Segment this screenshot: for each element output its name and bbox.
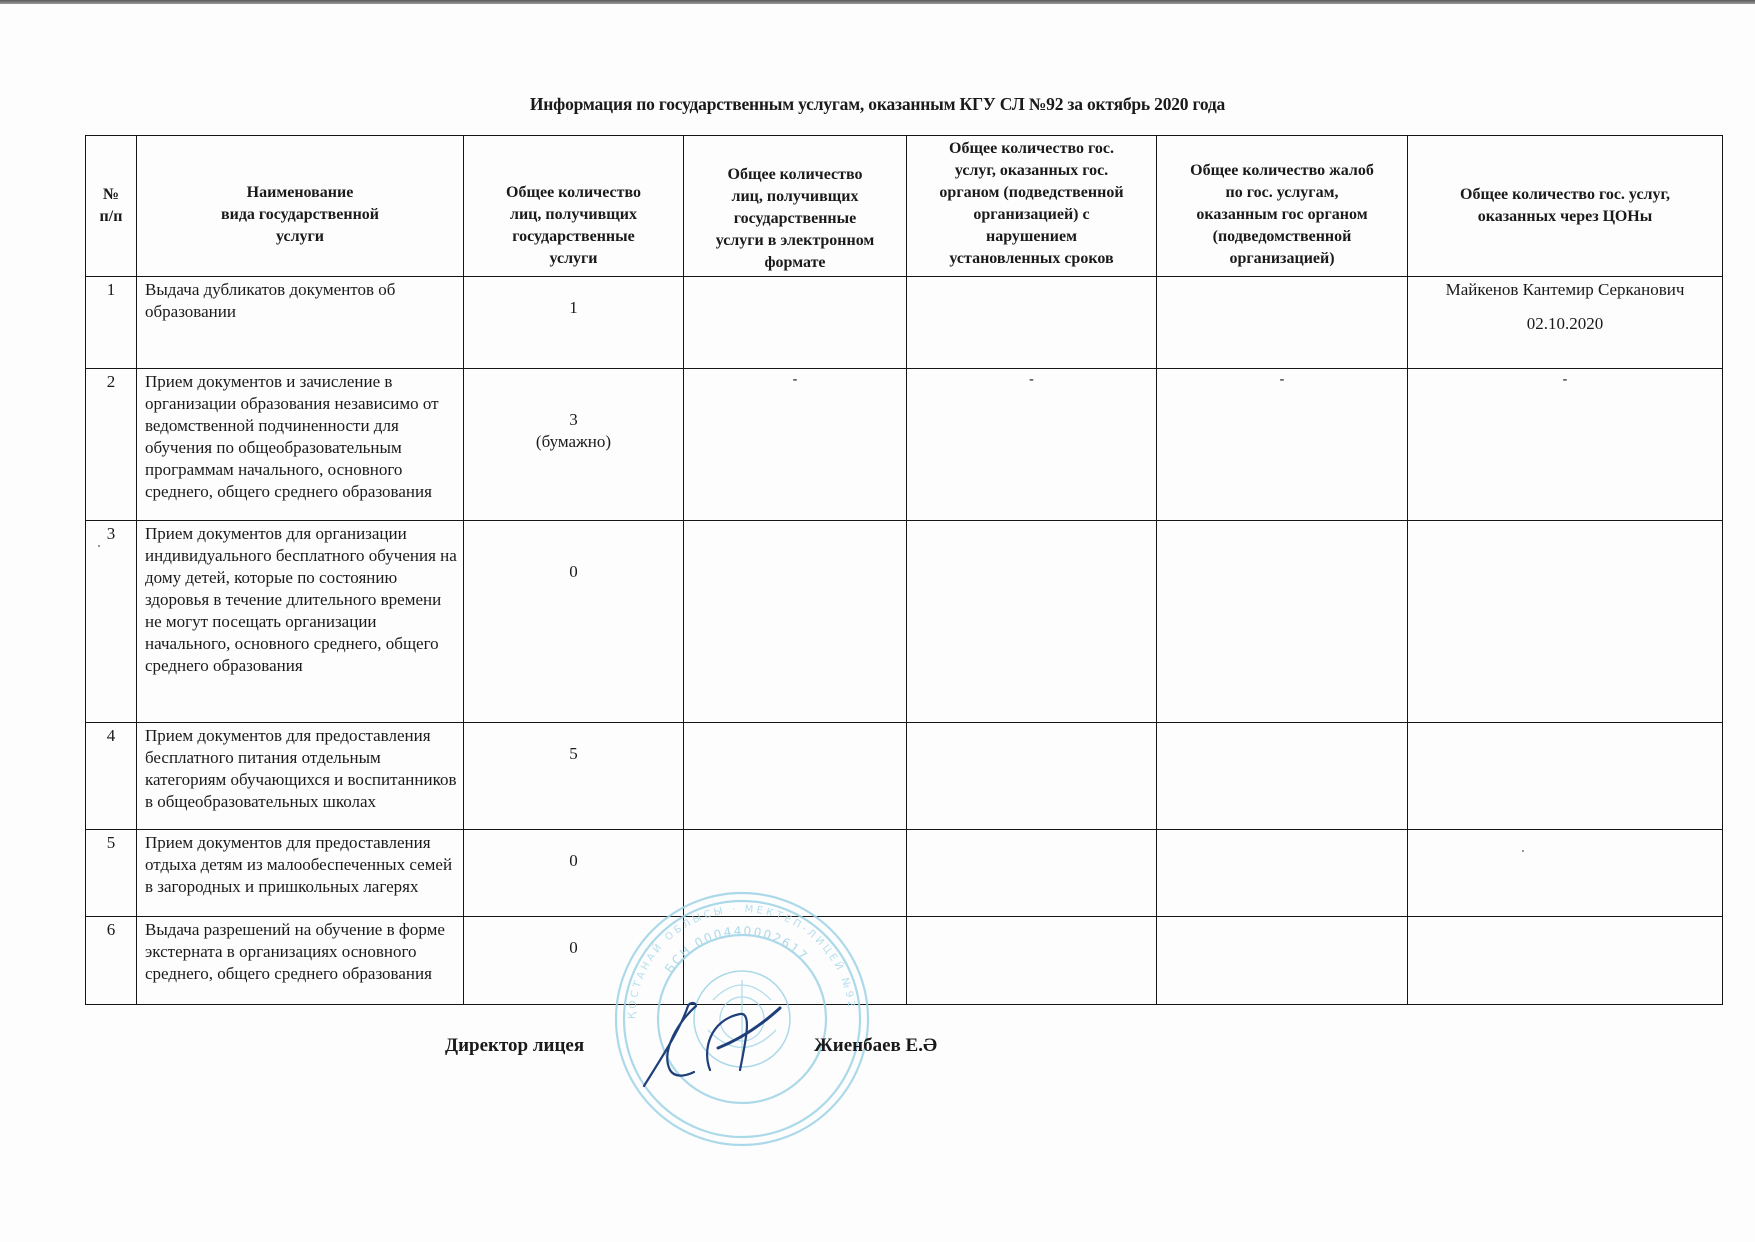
tson-count: Майкенов Кантемир Серканович02.10.2020 <box>1408 277 1723 369</box>
electronic-count <box>684 723 907 830</box>
electronic-count <box>684 830 907 917</box>
scan-speck <box>1522 850 1524 852</box>
total-recipients: 1 <box>464 277 684 369</box>
header-violations: Общее количество гос.услуг, оказанных го… <box>907 136 1157 277</box>
header-row: №п/п Наименованиевида государственнойусл… <box>86 136 1723 277</box>
total-value: 0 <box>464 561 683 583</box>
total-recipients: 3(бумажно) <box>464 369 684 521</box>
services-table: №п/п Наименованиевида государственнойусл… <box>85 135 1723 1005</box>
signature-block: Директор лицея Жиенбаев Е.Ә <box>0 1035 1755 1075</box>
total-recipients: 0 <box>464 830 684 917</box>
violations-count <box>907 277 1157 369</box>
signer-position: Директор лицея <box>445 1035 584 1057</box>
scan-edge <box>0 0 1755 4</box>
table-row: 1Выдача дубликатов документов об образов… <box>86 277 1723 369</box>
service-name: Прием документов и зачисление в организа… <box>137 369 464 521</box>
table-row: 5Прием документов для предоставления отд… <box>86 830 1723 917</box>
table-row: 4Прием документов для предоставления бес… <box>86 723 1723 830</box>
electronic-count <box>684 521 907 723</box>
total-recipients: 0 <box>464 917 684 1005</box>
header-tson: Общее количество гос. услуг,оказанных че… <box>1408 136 1723 277</box>
total-note: (бумажно) <box>464 431 683 453</box>
service-name: Выдача разрешений на обучение в форме эк… <box>137 917 464 1005</box>
violations-count <box>907 830 1157 917</box>
tson-count <box>1408 917 1723 1005</box>
complaints-count: - <box>1157 369 1408 521</box>
tson-count: - <box>1408 369 1723 521</box>
row-number: 1 <box>86 277 137 369</box>
tson-value: - <box>1408 373 1722 387</box>
header-num: №п/п <box>86 136 137 277</box>
electronic-count: - <box>684 369 907 521</box>
header-name: Наименованиевида государственнойуслуги <box>137 136 464 277</box>
scan-speck <box>98 545 100 547</box>
row-number: 5 <box>86 830 137 917</box>
total-recipients: 5 <box>464 723 684 830</box>
row-number: 2 <box>86 369 137 521</box>
total-value: 3 <box>464 409 683 431</box>
tson-count <box>1408 830 1723 917</box>
header-electronic: Общее количестволиц, получивщихгосударст… <box>684 136 907 277</box>
complaints-count <box>1157 723 1408 830</box>
table-row: 6Выдача разрешений на обучение в форме э… <box>86 917 1723 1005</box>
total-value: 5 <box>464 743 683 765</box>
complaints-value: - <box>1157 373 1407 387</box>
document-title: Информация по государственным услугам, о… <box>0 94 1755 115</box>
service-name: Прием документов для предоставления бесп… <box>137 723 464 830</box>
tson-count <box>1408 521 1723 723</box>
violations-count: - <box>907 369 1157 521</box>
total-recipients: 0 <box>464 521 684 723</box>
service-name: Выдача дубликатов документов об образова… <box>137 277 464 369</box>
row-number: 4 <box>86 723 137 830</box>
header-total: Общее количестволиц, получивщихгосударст… <box>464 136 684 277</box>
electronic-count <box>684 917 907 1005</box>
electronic-count <box>684 277 907 369</box>
table-row: 2Прием документов и зачисление в организ… <box>86 369 1723 521</box>
service-name: Прием документов для предоставления отды… <box>137 830 464 917</box>
complaints-count <box>1157 521 1408 723</box>
service-name: Прием документов для организации индивид… <box>137 521 464 723</box>
electronic-value: - <box>684 373 906 387</box>
total-value: 0 <box>464 850 683 872</box>
total-value: 1 <box>464 297 683 319</box>
row-number: 3 <box>86 521 137 723</box>
complaints-count <box>1157 830 1408 917</box>
row-number: 6 <box>86 917 137 1005</box>
violations-count <box>907 521 1157 723</box>
signer-name: Жиенбаев Е.Ә <box>814 1035 937 1057</box>
tson-date: 02.10.2020 <box>1408 313 1722 335</box>
complaints-count <box>1157 277 1408 369</box>
tson-count <box>1408 723 1723 830</box>
table-row: 3Прием документов для организации индиви… <box>86 521 1723 723</box>
complaints-count <box>1157 917 1408 1005</box>
violations-count <box>907 917 1157 1005</box>
violations-count <box>907 723 1157 830</box>
header-complaints: Общее количество жалобпо гос. услугам,ок… <box>1157 136 1408 277</box>
total-value: 0 <box>464 937 683 959</box>
violations-value: - <box>907 373 1156 387</box>
tson-operator: Майкенов Кантемир Серканович <box>1408 279 1722 301</box>
